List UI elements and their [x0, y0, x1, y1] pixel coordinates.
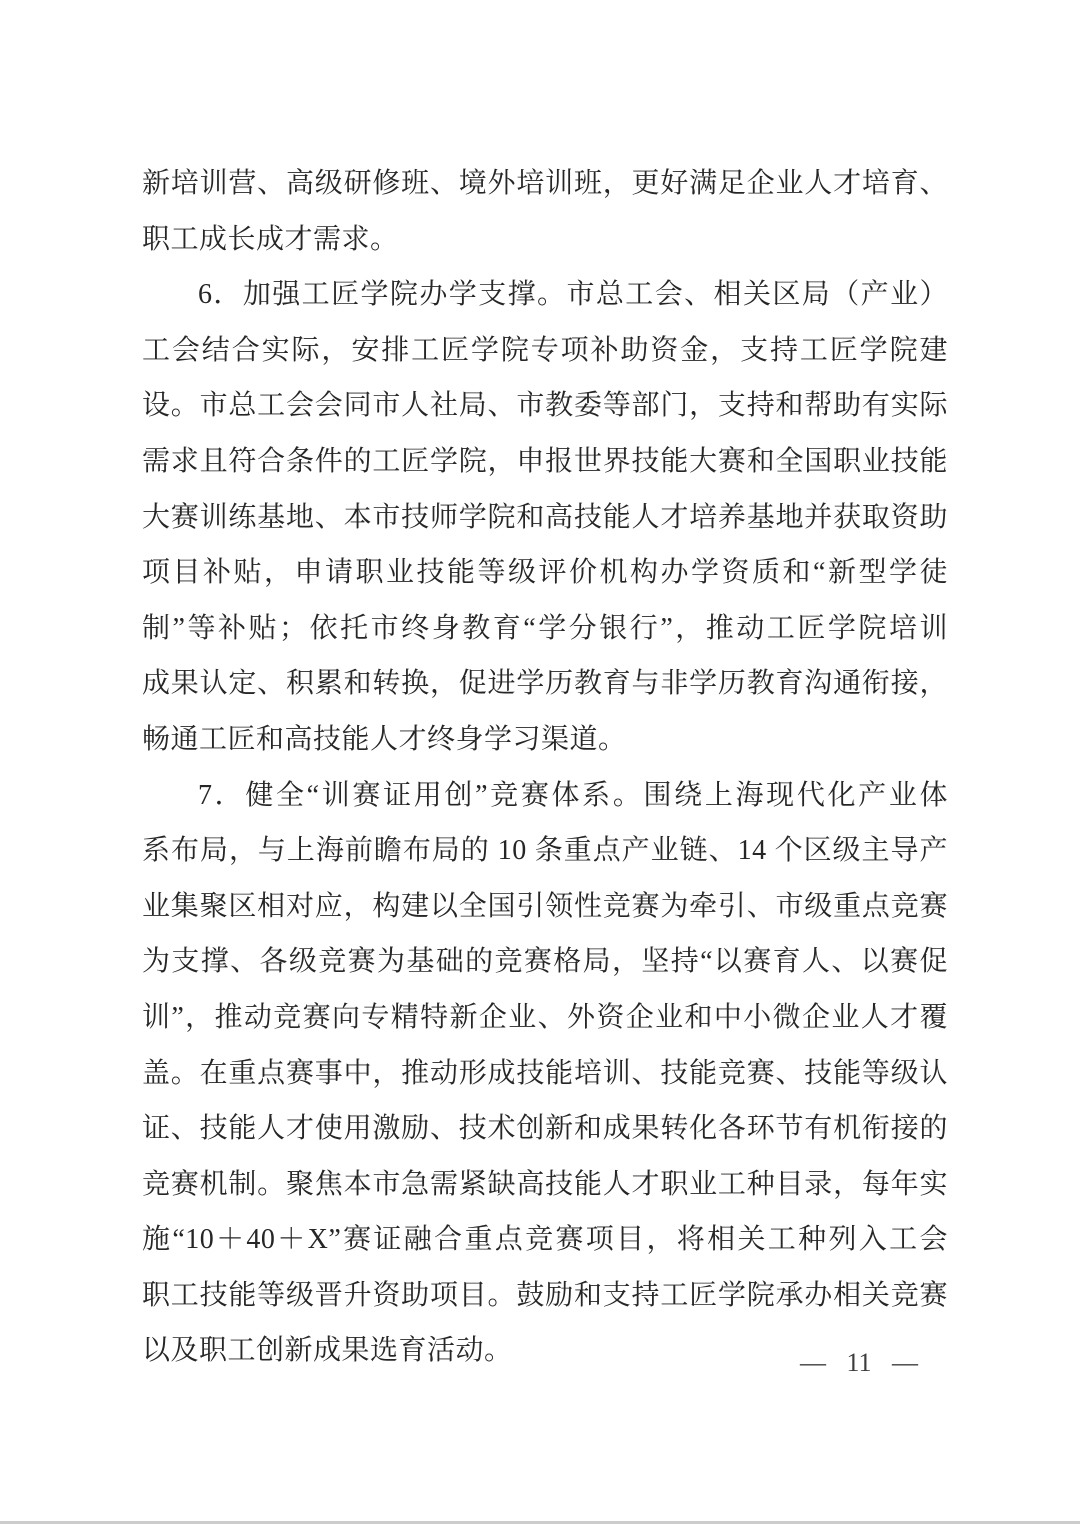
text-line: 制”等补贴；依托市终身教育“学分银行”，推动工匠学院培训: [142, 601, 948, 657]
document-body: 新培训营、高级研修班、境外培训班，更好满足企业人才培育、 职工成长成才需求。 6…: [142, 156, 948, 1379]
page-number: — 11 —: [800, 1348, 918, 1378]
text-line: 证、技能人才使用激励、技术创新和成果转化各环节有机衔接的: [142, 1101, 948, 1157]
text-line: 新培训营、高级研修班、境外培训班，更好满足企业人才培育、: [142, 156, 948, 212]
text-line: 工会结合实际，安排工匠学院专项补助资金，支持工匠学院建: [142, 323, 948, 379]
paragraph-item-6: 6．加强工匠学院办学支撑。市总工会、相关区局（产业） 工会结合实际，安排工匠学院…: [142, 267, 948, 767]
text-line: 大赛训练基地、本市技师学院和高技能人才培养基地并获取资助: [142, 490, 948, 546]
text-line: 业集聚区相对应，构建以全国引领性竞赛为牵引、市级重点竞赛: [142, 879, 948, 935]
text-line: 7．健全“训赛证用创”竞赛体系。围绕上海现代化产业体: [142, 768, 948, 824]
text-line: 畅通工匠和高技能人才终身学习渠道。: [142, 712, 948, 768]
text-line: 训”，推动竞赛向专精特新企业、外资企业和中小微企业人才覆: [142, 990, 948, 1046]
text-line: 职工技能等级晋升资助项目。鼓励和支持工匠学院承办相关竞赛: [142, 1268, 948, 1324]
paragraph-item-7: 7．健全“训赛证用创”竞赛体系。围绕上海现代化产业体 系布局，与上海前瞻布局的 …: [142, 768, 948, 1380]
text-line: 成果认定、积累和转换，促进学历教育与非学历教育沟通衔接，: [142, 656, 948, 712]
text-line: 6．加强工匠学院办学支撑。市总工会、相关区局（产业）: [142, 267, 948, 323]
text-line: 竞赛机制。聚焦本市急需紧缺高技能人才职业工种目录，每年实: [142, 1157, 948, 1213]
text-line: 为支撑、各级竞赛为基础的竞赛格局，坚持“以赛育人、以赛促: [142, 934, 948, 990]
document-page: 新培训营、高级研修班、境外培训班，更好满足企业人才培育、 职工成长成才需求。 6…: [0, 0, 1080, 1524]
text-line: 施“10＋40＋X”赛证融合重点竞赛项目，将相关工种列入工会: [142, 1212, 948, 1268]
text-line: 职工成长成才需求。: [142, 212, 948, 268]
text-line: 盖。在重点赛事中，推动形成技能培训、技能竞赛、技能等级认: [142, 1046, 948, 1102]
paragraph-continuation: 新培训营、高级研修班、境外培训班，更好满足企业人才培育、 职工成长成才需求。: [142, 156, 948, 267]
text-line: 系布局，与上海前瞻布局的 10 条重点产业链、14 个区级主导产: [142, 823, 948, 879]
text-line: 需求且符合条件的工匠学院，申报世界技能大赛和全国职业技能: [142, 434, 948, 490]
text-line: 项目补贴，申请职业技能等级评价机构办学资质和“新型学徒: [142, 545, 948, 601]
text-line: 设。市总工会会同市人社局、市教委等部门，支持和帮助有实际: [142, 378, 948, 434]
